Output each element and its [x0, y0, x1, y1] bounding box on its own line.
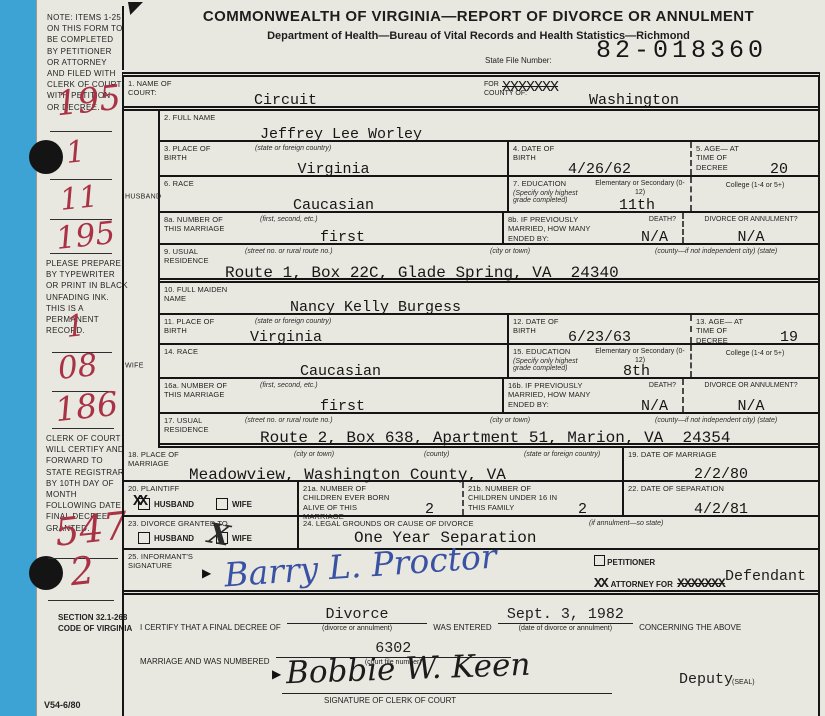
- form-code: V54-6/80: [44, 699, 81, 712]
- handwritten-number: 11: [59, 182, 100, 216]
- row-wife-residence: 17. USUAL RESIDENCE (street no. or rural…: [160, 414, 818, 448]
- margin-rule: [52, 428, 114, 429]
- row-name-of-court: 1. NAME OF COURT: Circuit FOR COUNTY OF:…: [124, 77, 818, 111]
- row-husband-full-name: 2. FULL NAME Jeffrey Lee Worley: [160, 111, 818, 142]
- granted-husband-checkbox: HUSBAND: [138, 532, 194, 544]
- husband-previous-death: 8b. IF PREVIOUSLY MARRIED, HOW MANY ENDE…: [502, 213, 682, 243]
- decree-blank: Divorce (divorce or annulment): [287, 607, 427, 632]
- row-wife-marriage-number: 16a. NUMBER OF THIS MARRIAGE (first, sec…: [160, 379, 818, 414]
- children-under-16: 21b. NUMBER OF CHILDREN UNDER 16 IN THIS…: [462, 482, 622, 515]
- binder-edge: [0, 0, 36, 716]
- husband-number-of-marriage: 8a. NUMBER OF THIS MARRIAGE (first, seco…: [160, 213, 502, 243]
- wife-place-of-birth: 11. PLACE OF BIRTH (state or foreign cou…: [160, 315, 507, 343]
- handwritten-number: 195: [54, 81, 122, 122]
- wife-race: 14. RACE Caucasian: [160, 345, 507, 377]
- attorney-for-value: Defendant: [725, 568, 806, 585]
- row-wife-birth: 11. PLACE OF BIRTH (state or foreign cou…: [160, 315, 818, 345]
- wife-side-label: WIFE: [124, 283, 160, 448]
- handwritten-number: 08: [56, 350, 98, 385]
- for-county-of-label: FOR COUNTY OF: XXXXXXX: [484, 80, 527, 98]
- date-of-marriage: 19. DATE OF MARRIAGE 2/2/80: [622, 448, 818, 480]
- row-wife-maiden-name: 10. FULL MAIDEN NAME Nancy Kelly Burgess: [160, 283, 818, 315]
- wife-education-college: College (1-4 or 5+): [690, 345, 818, 377]
- section-code-line1: SECTION 32.1-268: [58, 613, 127, 622]
- husband-previous-divorce: DIVORCE OR ANNULMENT? N/A: [682, 213, 818, 243]
- row-husband-residence: 9. USUAL RESIDENCE (street no. or rural …: [160, 245, 818, 283]
- handwritten-number: 547: [53, 506, 129, 551]
- handwritten-number: 1: [64, 311, 86, 343]
- wife-education: 15. EDUCATION (Specify only highest grad…: [507, 345, 690, 377]
- wife-number-of-marriage: 16a. NUMBER OF THIS MARRIAGE (first, sec…: [160, 379, 502, 412]
- husband-section: HUSBAND 2. FULL NAME Jeffrey Lee Worley …: [124, 111, 818, 283]
- row-plaintiff-children: 20. PLAINTIFF XX HUSBAND WIFE: [124, 482, 818, 517]
- husband-side-label: HUSBAND: [124, 111, 160, 283]
- court-label: 1. NAME OF COURT:: [128, 79, 198, 98]
- checkbox-icon: [216, 498, 228, 510]
- husband-residence-value: Route 1, Box 22C, Glade Spring, VA 24340: [225, 264, 619, 282]
- wife-date-of-birth: 12. DATE OF BIRTH 6/23/63: [507, 315, 690, 343]
- decree-date-value: Sept. 3, 1982: [498, 607, 633, 624]
- arrow-icon: ▶: [272, 667, 281, 681]
- row-husband-race-education: 6. RACE Caucasian 7. EDUCATION (Specify …: [160, 177, 818, 213]
- date-of-separation: 22. DATE OF SEPARATION 4/2/81: [622, 482, 818, 515]
- state-file-number-label: State File Number:: [485, 56, 552, 65]
- husband-education: 7. EDUCATION (Specify only highest grade…: [507, 177, 690, 211]
- wife-maiden-name-value: Nancy Kelly Burgess: [290, 299, 461, 316]
- divorce-granted-to: 23. DIVORCE GRANTED TO HUSBAND X WIFE: [124, 517, 297, 548]
- checkbox-icon: [594, 555, 605, 566]
- wife-age: 13. AGE— AT TIME OF DECREE 19: [690, 315, 818, 343]
- row-husband-birth: 3. PLACE OF BIRTH (state or foreign coun…: [160, 142, 818, 177]
- legal-grounds: 24. LEGAL GROUNDS OR CAUSE OF DIVORCE (i…: [297, 517, 818, 548]
- checkbox-icon: [138, 532, 150, 544]
- row-husband-marriage-number: 8a. NUMBER OF THIS MARRIAGE (first, seco…: [160, 213, 818, 245]
- deputy-value: Deputy: [679, 671, 733, 688]
- handwritten-number: 186: [53, 387, 119, 426]
- county-value: Washington: [589, 92, 679, 109]
- place-of-marriage: 18. PLACE OF MARRIAGE (city or town) (co…: [124, 448, 622, 480]
- row-place-of-marriage: 18. PLACE OF MARRIAGE (city or town) (co…: [124, 448, 818, 482]
- form-title: COMMONWEALTH OF VIRGINIA—REPORT OF DIVOR…: [140, 8, 817, 25]
- plaintiff-field: 20. PLAINTIFF XX HUSBAND WIFE: [124, 482, 297, 515]
- decree-value: Divorce: [287, 607, 427, 624]
- typed-strikeover: XXXXXXX: [502, 78, 558, 98]
- children-ever-born: 21a. NUMBER OF CHILDREN EVER BORN ALIVE …: [297, 482, 462, 515]
- husband-race: 6. RACE Caucasian: [160, 177, 507, 211]
- form-body: 1. NAME OF COURT: Circuit FOR COUNTY OF:…: [122, 72, 820, 716]
- decree-date-blank: Sept. 3, 1982 (date of divorce or annulm…: [498, 607, 633, 632]
- wife-previous-death: 16b. IF PREVIOUSLY MARRIED, HOW MANY END…: [502, 379, 682, 412]
- clerk-signature-label: SIGNATURE OF CLERK OF COURT: [324, 696, 456, 705]
- husband-date-of-birth: 4. DATE OF BIRTH 4/26/62: [507, 142, 690, 175]
- certify-line-1: I CERTIFY THAT A FINAL DECREE OF Divorce…: [140, 607, 741, 632]
- hole-punch-top: [29, 140, 63, 174]
- granted-wife-checkbox: X WIFE: [216, 532, 252, 544]
- handwritten-number: 195: [55, 218, 117, 255]
- state-file-number: 82-018360: [596, 36, 767, 65]
- wife-section: WIFE 10. FULL MAIDEN NAME Nancy Kelly Bu…: [124, 283, 818, 448]
- margin-rule: [50, 253, 112, 254]
- husband-full-name-value: Jeffrey Lee Worley: [260, 126, 422, 143]
- certification-section: I CERTIFY THAT A FINAL DECREE OF Divorce…: [124, 595, 818, 716]
- clerk-signature-value: Bobbie W. Keen: [285, 647, 530, 692]
- margin-rule: [50, 131, 112, 132]
- handwritten-number: 1: [64, 137, 86, 169]
- row-wife-race-education: 14. RACE Caucasian 15. EDUCATION (Specif…: [160, 345, 818, 379]
- scanned-divorce-report: NOTE: ITEMS 1-25 ON THIS FORM TO BE COMP…: [0, 0, 825, 716]
- seal-label: (SEAL): [732, 679, 755, 686]
- plaintiff-wife-checkbox: WIFE: [216, 498, 252, 510]
- handwritten-x-mark: X: [205, 516, 232, 552]
- husband-age: 5. AGE— AT TIME OF DECREE 20: [690, 142, 818, 175]
- wife-residence-value: Route 2, Box 638, Apartment 51, Marion, …: [260, 429, 730, 447]
- court-value: Circuit: [254, 92, 317, 109]
- form-left-edge: [122, 6, 124, 70]
- attorney-block: PETITIONER XX ATTORNEY FOR XXXXXXX Defen…: [594, 555, 806, 599]
- margin-note-middle: PLEASE PREPARE BY TYPEWRITER OR PRINT IN…: [46, 258, 128, 336]
- clerk-signature-line: [282, 693, 612, 694]
- row-informant-signature: 25. INFORMANT'S SIGNATURE ▶ Barry L. Pro…: [124, 550, 818, 595]
- wife-previous-divorce: DIVORCE OR ANNULMENT? N/A: [682, 379, 818, 412]
- typed-xx-mark: XX: [594, 576, 607, 592]
- handwritten-number: 2: [68, 551, 96, 591]
- typed-xx-mark: XX: [133, 493, 145, 510]
- typed-strikeover: XXXXXXX: [677, 576, 725, 591]
- arrow-icon: ▶: [202, 566, 211, 580]
- plaintiff-husband-checkbox: XX HUSBAND: [138, 498, 194, 510]
- husband-education-college: College (1-4 or 5+): [690, 177, 818, 211]
- hole-punch-bottom: [29, 556, 63, 590]
- husband-place-of-birth: 3. PLACE OF BIRTH (state or foreign coun…: [160, 142, 507, 175]
- margin-rule: [48, 600, 114, 601]
